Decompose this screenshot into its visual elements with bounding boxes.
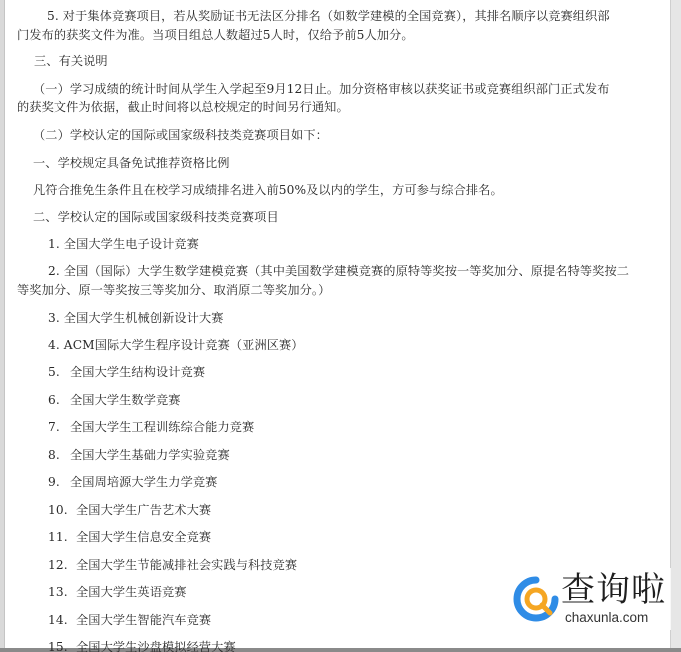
competition-item: 12.全国大学生节能减排社会实践与科技竞赛: [48, 557, 297, 573]
competition-item: 14.全国大学生智能汽车竞赛: [48, 612, 211, 628]
paragraph-line: 的获奖文件为依据，截止时间将以总校规定的时间另行通知。: [17, 99, 349, 115]
competition-item: 7.全国大学生工程训练综合能力竞赛: [48, 419, 254, 435]
chaxunla-watermark: 查询啦 chaxunla.com: [511, 568, 671, 630]
competition-item: 10.全国大学生广告艺术大赛: [48, 502, 211, 518]
competition-item: 15.全国大学生沙盘模拟经营大赛: [48, 639, 236, 652]
item-name: 全国大学生基础力学实验竞赛: [70, 448, 230, 462]
competition-item: 2. 全国（国际）大学生数学建模竞赛（其中美国数学建模竞赛的原特等奖按一等奖加分…: [48, 263, 629, 279]
item-number: 6.: [48, 392, 70, 408]
competition-item: 1. 全国大学生电子设计竞赛: [48, 236, 199, 252]
competition-item: 9.全国周培源大学生力学竞赛: [48, 474, 217, 490]
competition-item: 3. 全国大学生机械创新设计大赛: [48, 310, 224, 326]
item-number: 11.: [48, 529, 76, 545]
item-number: 8.: [48, 447, 70, 463]
section-heading: 三、有关说明: [34, 53, 108, 69]
item-number: 15.: [48, 639, 76, 652]
section-heading: 一、学校规定具备免试推荐资格比例: [33, 155, 230, 171]
paragraph-line: 门发布的获奖文件为准。当项目组总人数超过5人时，仅给予前5人加分。: [17, 27, 414, 43]
competition-item: 4. ACM国际大学生程序设计竞赛（亚洲区赛）: [48, 337, 304, 353]
brand-domain: chaxunla.com: [565, 610, 648, 626]
section-heading: 二、学校认定的国际或国家级科技类竞赛项目: [33, 209, 279, 225]
paragraph-line: 5. 对于集体竞赛项目，若从奖励证书无法区分排名（如数学建模的全国竞赛），其排名…: [47, 8, 610, 24]
item-name: 全国大学生广告艺术大赛: [76, 503, 211, 517]
item-number: 9.: [48, 474, 70, 490]
magnifier-logo-icon: [513, 576, 559, 622]
competition-item: 11.全国大学生信息安全竞赛: [48, 529, 211, 545]
item-name: 全国大学生智能汽车竞赛: [76, 613, 211, 627]
item-name: 全国大学生工程训练综合能力竞赛: [70, 420, 254, 434]
subsection-heading: （二）学校认定的国际或国家级科技类竞赛项目如下：: [33, 127, 328, 143]
item-name: 全国大学生结构设计竞赛: [70, 365, 205, 379]
page-right-border: [670, 0, 681, 648]
brand-name-cn: 查询啦: [561, 570, 666, 610]
competition-item: 6.全国大学生数学竞赛: [48, 392, 181, 408]
item-name: 全国大学生数学竞赛: [70, 393, 181, 407]
paragraph-line: （一）学习成绩的统计时间从学生入学起至9月12日止。加分资格审核以获奖证书或竞赛…: [33, 81, 610, 97]
competition-item-continuation: 等奖加分、原一等奖按三等奖加分、取消原二等奖加分。）: [17, 282, 330, 298]
competition-item: 13.全国大学生英语竞赛: [48, 584, 187, 600]
item-name: 全国大学生英语竞赛: [76, 585, 187, 599]
competition-item: 8.全国大学生基础力学实验竞赛: [48, 447, 230, 463]
item-number: 10.: [48, 502, 76, 518]
item-number: 12.: [48, 557, 76, 573]
document-page: 5. 对于集体竞赛项目，若从奖励证书无法区分排名（如数学建模的全国竞赛），其排名…: [5, 0, 670, 648]
item-name: 全国大学生沙盘模拟经营大赛: [76, 640, 236, 652]
item-name: 全国周培源大学生力学竞赛: [70, 475, 217, 489]
item-name: 全国大学生节能减排社会实践与科技竞赛: [76, 558, 297, 572]
competition-item: 5.全国大学生结构设计竞赛: [48, 364, 205, 380]
item-number: 13.: [48, 584, 76, 600]
item-number: 5.: [48, 364, 70, 380]
paragraph-line: 凡符合推免生条件且在校学习成绩排名进入前50%及以内的学生，方可参与综合排名。: [33, 182, 503, 198]
item-number: 7.: [48, 419, 70, 435]
item-name: 全国大学生信息安全竞赛: [76, 530, 211, 544]
item-number: 14.: [48, 612, 76, 628]
